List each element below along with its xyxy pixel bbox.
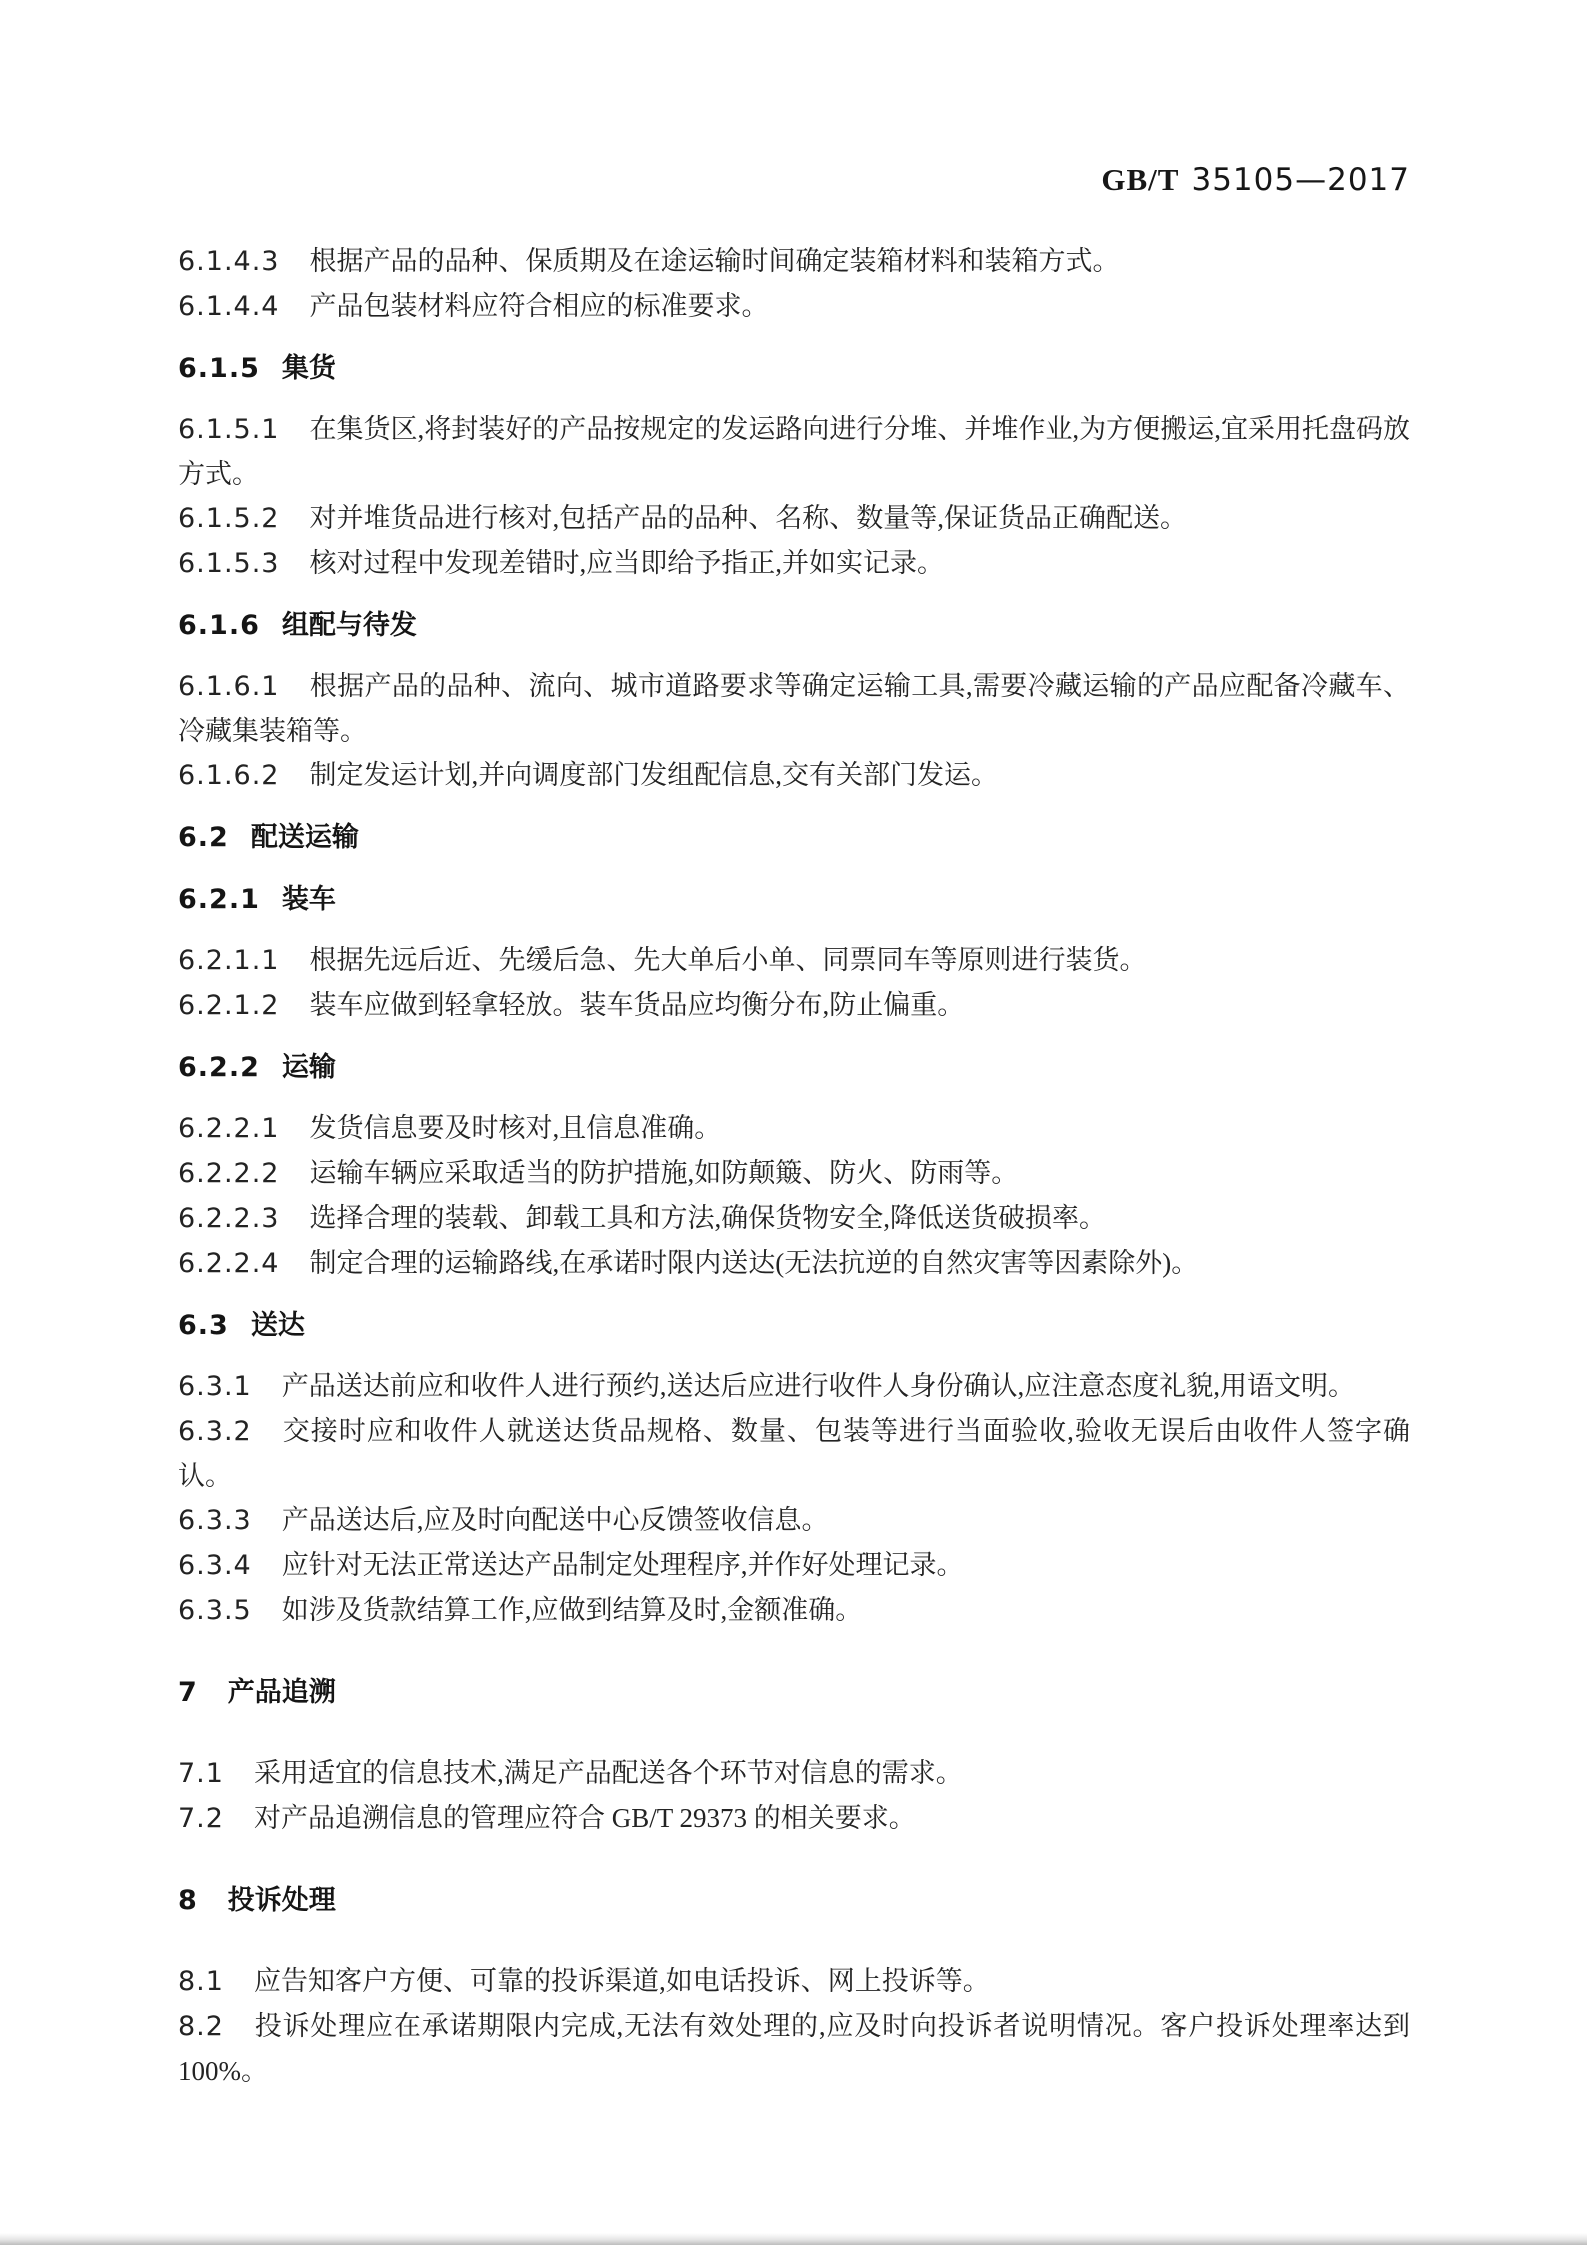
- clause-text: 在集货区,将封装好的产品按规定的发运路向进行分堆、并堆作业,为方便搬运,宜采用托…: [178, 414, 1410, 489]
- clause-text: 运输: [282, 1052, 336, 1083]
- clause-number: 6.1.6.1: [178, 671, 279, 702]
- standard-code-prefix: GB/T: [1101, 162, 1179, 197]
- clause-number: 6.1.5.1: [178, 414, 279, 445]
- chapter-heading-8: 8投诉处理: [178, 1879, 1410, 1923]
- page-content: GB/T35105—2017 6.1.4.3根据产品的品种、保质期及在途运输时间…: [0, 0, 1587, 2093]
- clause-text: 应告知客户方便、可靠的投诉渠道,如电话投诉、网上投诉等。: [254, 1966, 990, 1996]
- clause-6.3.1: 6.3.1产品送达前应和收件人进行预约,送达后应进行收件人身份确认,应注意态度礼…: [178, 1364, 1410, 1409]
- clause-text: 制定合理的运输路线,在承诺时限内送达(无法抗逆的自然灾害等因素除外)。: [309, 1248, 1198, 1278]
- clause-text: 产品包装材料应符合相应的标准要求。: [309, 291, 768, 321]
- clause-text: 投诉处理应在承诺期限内完成,无法有效处理的,应及时向投诉者说明情况。客户投诉处理…: [178, 2011, 1410, 2086]
- clause-6.1.5.3: 6.1.5.3核对过程中发现差错时,应当即给予指正,并如实记录。: [178, 541, 1410, 586]
- clause-number: 6.1.4.3: [178, 246, 279, 277]
- clause-6.1.5.1: 6.1.5.1在集货区,将封装好的产品按规定的发运路向进行分堆、并堆作业,为方便…: [178, 407, 1410, 496]
- clause-7.2: 7.2对产品追溯信息的管理应符合 GB/T 29373 的相关要求。: [178, 1796, 1410, 1841]
- clause-number: 6.2.2.2: [178, 1158, 279, 1189]
- clause-text: 发货信息要及时核对,且信息准确。: [309, 1113, 721, 1143]
- clause-number: 6.2.1.1: [178, 945, 279, 976]
- clause-text: 集货: [282, 353, 336, 384]
- section-heading-6.1.6: 6.1.6组配与待发: [178, 604, 1410, 648]
- clause-number: 6.2.2.4: [178, 1248, 279, 1279]
- clause-number: 6.3.1: [178, 1371, 252, 1402]
- clause-number: 6.1.6.2: [178, 760, 279, 791]
- clause-6.1.4.3: 6.1.4.3根据产品的品种、保质期及在途运输时间确定装箱材料和装箱方式。: [178, 239, 1410, 284]
- clause-number: 6.1.6: [178, 610, 260, 641]
- standard-code-header: GB/T35105—2017: [178, 164, 1410, 196]
- clause-number: 6.3: [178, 1310, 229, 1341]
- clause-6.1.6.2: 6.1.6.2制定发运计划,并向调度部门发组配信息,交有关部门发运。: [178, 753, 1410, 798]
- clause-6.2.2.1: 6.2.2.1发货信息要及时核对,且信息准确。: [178, 1106, 1410, 1151]
- clause-text: 选择合理的装载、卸载工具和方法,确保货物安全,降低送货破损率。: [309, 1203, 1106, 1233]
- clause-6.3.3: 6.3.3产品送达后,应及时向配送中心反馈签收信息。: [178, 1498, 1410, 1543]
- clause-number: 6.2: [178, 822, 229, 853]
- document-page: GB/T35105—2017 6.1.4.3根据产品的品种、保质期及在途运输时间…: [0, 0, 1587, 2245]
- clause-6.2.2.2: 6.2.2.2运输车辆应采取适当的防护措施,如防颠簸、防火、防雨等。: [178, 1151, 1410, 1196]
- clause-text: 装车: [282, 884, 336, 915]
- clause-text: 制定发运计划,并向调度部门发组配信息,交有关部门发运。: [309, 760, 998, 790]
- clause-6.2.1.2: 6.2.1.2装车应做到轻拿轻放。装车货品应均衡分布,防止偏重。: [178, 983, 1410, 1028]
- clause-text: 采用适宜的信息技术,满足产品配送各个环节对信息的需求。: [254, 1758, 963, 1788]
- clause-number: 6.3.4: [178, 1550, 252, 1581]
- clause-text: 应针对无法正常送达产品制定处理程序,并作好处理记录。: [282, 1550, 964, 1580]
- clause-number: 8.1: [178, 1966, 224, 1997]
- clause-text: 交接时应和收件人就送达货品规格、数量、包装等进行当面验收,验收无误后由收件人签字…: [178, 1416, 1410, 1491]
- clause-number: 6.3.2: [178, 1416, 252, 1447]
- clause-number: 6.2.2: [178, 1052, 260, 1083]
- clause-number: 6.1.5.3: [178, 548, 279, 579]
- section-heading-6.1.5: 6.1.5集货: [178, 347, 1410, 391]
- clause-6.3.5: 6.3.5如涉及货款结算工作,应做到结算及时,金额准确。: [178, 1588, 1410, 1633]
- section-heading-6.2: 6.2配送运输: [178, 816, 1410, 860]
- clause-number: 8.2: [178, 2011, 224, 2042]
- page-bottom-scan-edge: [0, 2233, 1587, 2245]
- clause-6.3.4: 6.3.4应针对无法正常送达产品制定处理程序,并作好处理记录。: [178, 1543, 1410, 1588]
- clause-number: 7.1: [178, 1758, 224, 1789]
- clause-text: 产品送达后,应及时向配送中心反馈签收信息。: [282, 1505, 829, 1535]
- clause-text: 根据产品的品种、流向、城市道路要求等确定运输工具,需要冷藏运输的产品应配备冷藏车…: [178, 671, 1410, 746]
- clause-6.3.2: 6.3.2交接时应和收件人就送达货品规格、数量、包装等进行当面验收,验收无误后由…: [178, 1409, 1410, 1498]
- clause-text: 根据先远后近、先缓后急、先大单后小单、同票同车等原则进行装货。: [309, 945, 1146, 975]
- clause-6.2.1.1: 6.2.1.1根据先远后近、先缓后急、先大单后小单、同票同车等原则进行装货。: [178, 938, 1410, 983]
- document-body: 6.1.4.3根据产品的品种、保质期及在途运输时间确定装箱材料和装箱方式。 6.…: [178, 239, 1410, 2093]
- clause-number: 7: [178, 1677, 198, 1708]
- clause-6.1.6.1: 6.1.6.1根据产品的品种、流向、城市道路要求等确定运输工具,需要冷藏运输的产…: [178, 664, 1410, 753]
- clause-text: 产品追溯: [228, 1677, 336, 1708]
- clause-8.2: 8.2投诉处理应在承诺期限内完成,无法有效处理的,应及时向投诉者说明情况。客户投…: [178, 2004, 1410, 2093]
- clause-text: 核对过程中发现差错时,应当即给予指正,并如实记录。: [309, 548, 944, 578]
- chapter-heading-7: 7产品追溯: [178, 1671, 1410, 1715]
- standard-code-number: 35105—2017: [1191, 162, 1410, 198]
- clause-text: 根据产品的品种、保质期及在途运输时间确定装箱材料和装箱方式。: [309, 246, 1119, 276]
- clause-number: 6.1.5: [178, 353, 260, 384]
- clause-7.1: 7.1采用适宜的信息技术,满足产品配送各个环节对信息的需求。: [178, 1751, 1410, 1796]
- clause-text: 对产品追溯信息的管理应符合 GB/T 29373 的相关要求。: [254, 1803, 916, 1833]
- clause-8.1: 8.1应告知客户方便、可靠的投诉渠道,如电话投诉、网上投诉等。: [178, 1959, 1410, 2004]
- clause-text: 送达: [251, 1310, 305, 1341]
- clause-6.1.4.4: 6.1.4.4产品包装材料应符合相应的标准要求。: [178, 284, 1410, 329]
- clause-number: 6.2.1: [178, 884, 260, 915]
- clause-6.2.2.3: 6.2.2.3选择合理的装载、卸载工具和方法,确保货物安全,降低送货破损率。: [178, 1196, 1410, 1241]
- clause-number: 6.1.5.2: [178, 503, 279, 534]
- clause-text: 配送运输: [251, 822, 359, 853]
- clause-number: 6.3.5: [178, 1595, 252, 1626]
- clause-number: 6.1.4.4: [178, 291, 279, 322]
- clause-number: 6.3.3: [178, 1505, 252, 1536]
- section-heading-6.2.2: 6.2.2运输: [178, 1046, 1410, 1090]
- clause-number: 6.2.2.3: [178, 1203, 279, 1234]
- clause-6.2.2.4: 6.2.2.4制定合理的运输路线,在承诺时限内送达(无法抗逆的自然灾害等因素除外…: [178, 1241, 1410, 1286]
- clause-text: 产品送达前应和收件人进行预约,送达后应进行收件人身份确认,应注意态度礼貌,用语文…: [282, 1371, 1355, 1401]
- clause-text: 装车应做到轻拿轻放。装车货品应均衡分布,防止偏重。: [309, 990, 964, 1020]
- clause-number: 6.2.2.1: [178, 1113, 279, 1144]
- clause-number: 8: [178, 1885, 198, 1916]
- section-heading-6.2.1: 6.2.1装车: [178, 878, 1410, 922]
- clause-text: 投诉处理: [228, 1885, 336, 1916]
- clause-6.1.5.2: 6.1.5.2对并堆货品进行核对,包括产品的品种、名称、数量等,保证货品正确配送…: [178, 496, 1410, 541]
- clause-text: 如涉及货款结算工作,应做到结算及时,金额准确。: [282, 1595, 863, 1625]
- clause-text: 运输车辆应采取适当的防护措施,如防颠簸、防火、防雨等。: [309, 1158, 1018, 1188]
- section-heading-6.3: 6.3送达: [178, 1304, 1410, 1348]
- clause-number: 6.2.1.2: [178, 990, 279, 1021]
- clause-text: 对并堆货品进行核对,包括产品的品种、名称、数量等,保证货品正确配送。: [309, 503, 1187, 533]
- clause-text: 组配与待发: [282, 610, 417, 641]
- clause-number: 7.2: [178, 1803, 224, 1834]
